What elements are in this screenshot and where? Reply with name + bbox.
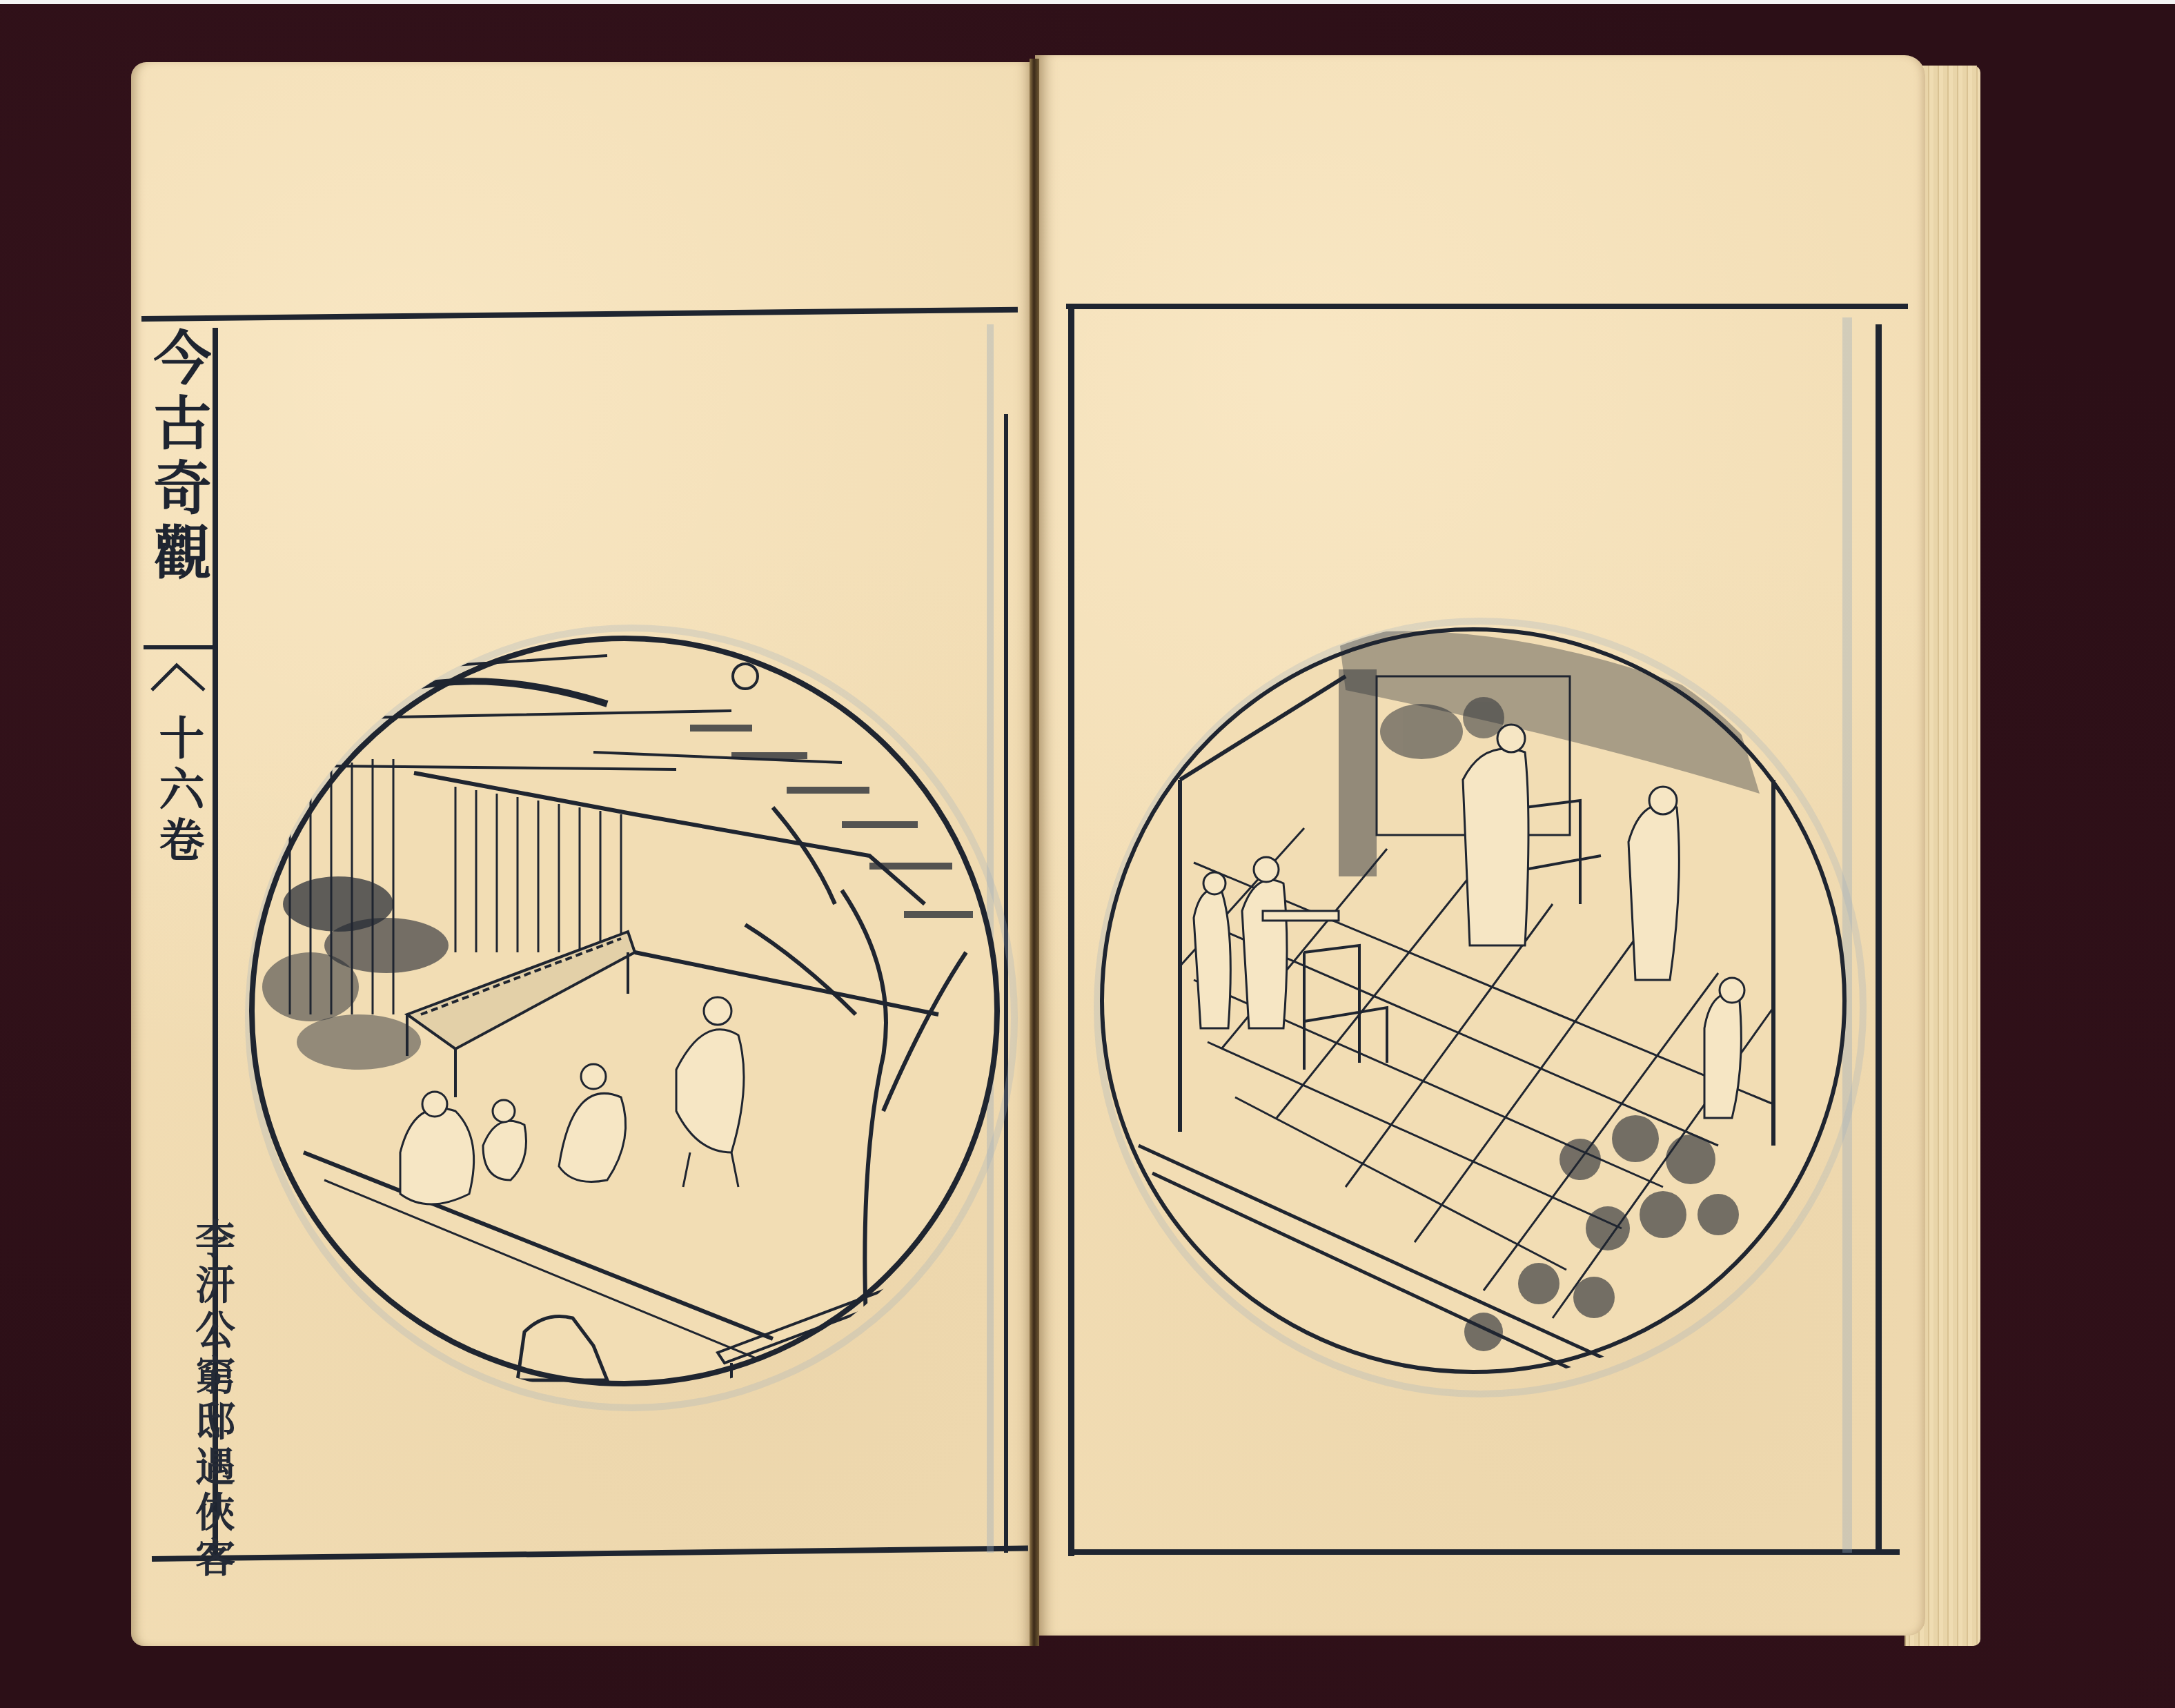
hall-scene-illustration bbox=[1097, 621, 1849, 1380]
book-title: 今古奇觀 bbox=[144, 328, 213, 587]
left-illustration bbox=[248, 628, 1001, 1394]
fishtail-icon bbox=[150, 662, 206, 704]
scan-edge bbox=[0, 0, 2175, 4]
book-gutter bbox=[1030, 59, 1039, 1646]
volume-number: 十六卷 bbox=[144, 714, 213, 867]
right-frame-top bbox=[1066, 304, 1908, 309]
banxin-divider bbox=[144, 645, 213, 649]
right-frame-left bbox=[1068, 304, 1074, 1556]
right-frame-right bbox=[1876, 324, 1882, 1553]
right-frame-bottom bbox=[1068, 1549, 1900, 1555]
courtyard-scene-illustration bbox=[248, 628, 1001, 1394]
right-illustration bbox=[1097, 621, 1849, 1380]
illustration-caption: 李汧公窮邸遇俠客 bbox=[181, 1218, 243, 1582]
